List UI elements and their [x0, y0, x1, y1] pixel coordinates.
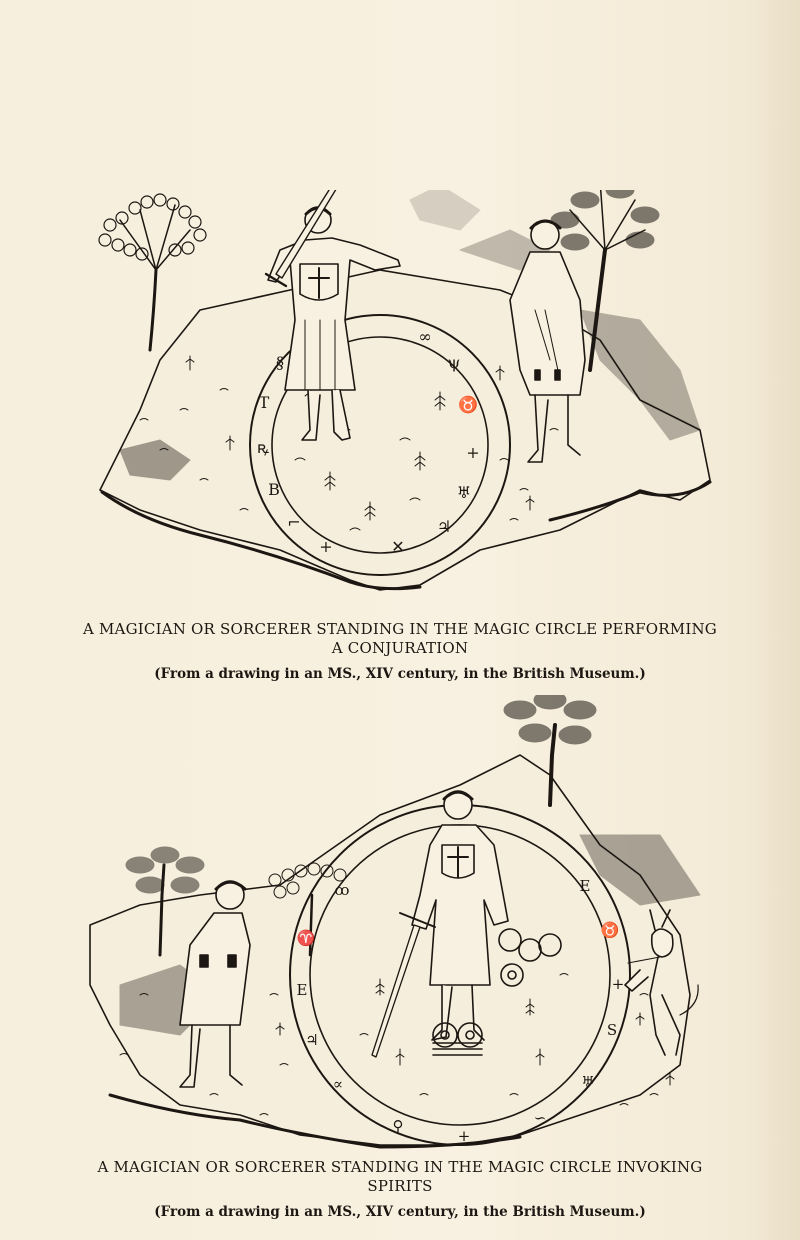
- svg-text:ꝶ: ꝶ: [257, 438, 269, 457]
- svg-text:♃: ♃: [437, 517, 451, 536]
- illustration-invoking-spirits: ꝏ ♈ E ♃ ∝ ⚲ + ∽ ♅ S + ♉ E: [80, 695, 720, 1155]
- svg-text:T: T: [259, 393, 270, 412]
- caption-title-line2: SPIRITS: [0, 1177, 800, 1196]
- svg-text:§: §: [276, 353, 284, 372]
- svg-text:E: E: [297, 981, 308, 999]
- svg-text:♅: ♅: [457, 483, 471, 502]
- svg-text:E: E: [580, 877, 591, 895]
- svg-text:♉: ♉: [458, 395, 478, 414]
- svg-text:⌐: ⌐: [287, 513, 300, 532]
- caption-title-line1: A MAGICIAN OR SORCERER STANDING IN THE M…: [0, 620, 800, 639]
- svg-text:∝: ∝: [333, 1075, 343, 1093]
- svg-text:♈: ♈: [297, 929, 316, 947]
- caption-source: (From a drawing in an MS., XIV century, …: [0, 1203, 800, 1221]
- show-through-text: [0, 0, 800, 34]
- svg-text:∽: ∽: [534, 1109, 547, 1127]
- svg-text:+: +: [612, 975, 625, 993]
- svg-text:♉: ♉: [601, 921, 620, 939]
- illustration-conjuration: x § T ꝶ B ⌐ + ✕ ♃ ♅ + ♉ ψ ∞: [80, 190, 720, 610]
- svg-text:+: +: [319, 537, 332, 556]
- svg-text:ψ: ψ: [448, 353, 461, 372]
- svg-text:∞: ∞: [418, 327, 431, 346]
- caption-title-line1: A MAGICIAN OR SORCERER STANDING IN THE M…: [0, 1158, 800, 1177]
- caption-source: (From a drawing in an MS., XIV century, …: [0, 665, 800, 683]
- svg-text:♅: ♅: [581, 1073, 594, 1091]
- caption-conjuration: A MAGICIAN OR SORCERER STANDING IN THE M…: [0, 620, 800, 683]
- svg-text:⚲: ⚲: [393, 1117, 404, 1135]
- svg-text:♃: ♃: [305, 1031, 318, 1049]
- svg-text:+: +: [466, 443, 479, 462]
- svg-text:S: S: [607, 1021, 617, 1039]
- caption-invoking-spirits: A MAGICIAN OR SORCERER STANDING IN THE M…: [0, 1158, 800, 1221]
- svg-text:B: B: [268, 480, 280, 499]
- svg-text:+: +: [458, 1127, 471, 1145]
- caption-title-line2: A CONJURATION: [0, 639, 800, 658]
- svg-text:✕: ✕: [391, 537, 404, 556]
- svg-text:ꝏ: ꝏ: [335, 881, 350, 899]
